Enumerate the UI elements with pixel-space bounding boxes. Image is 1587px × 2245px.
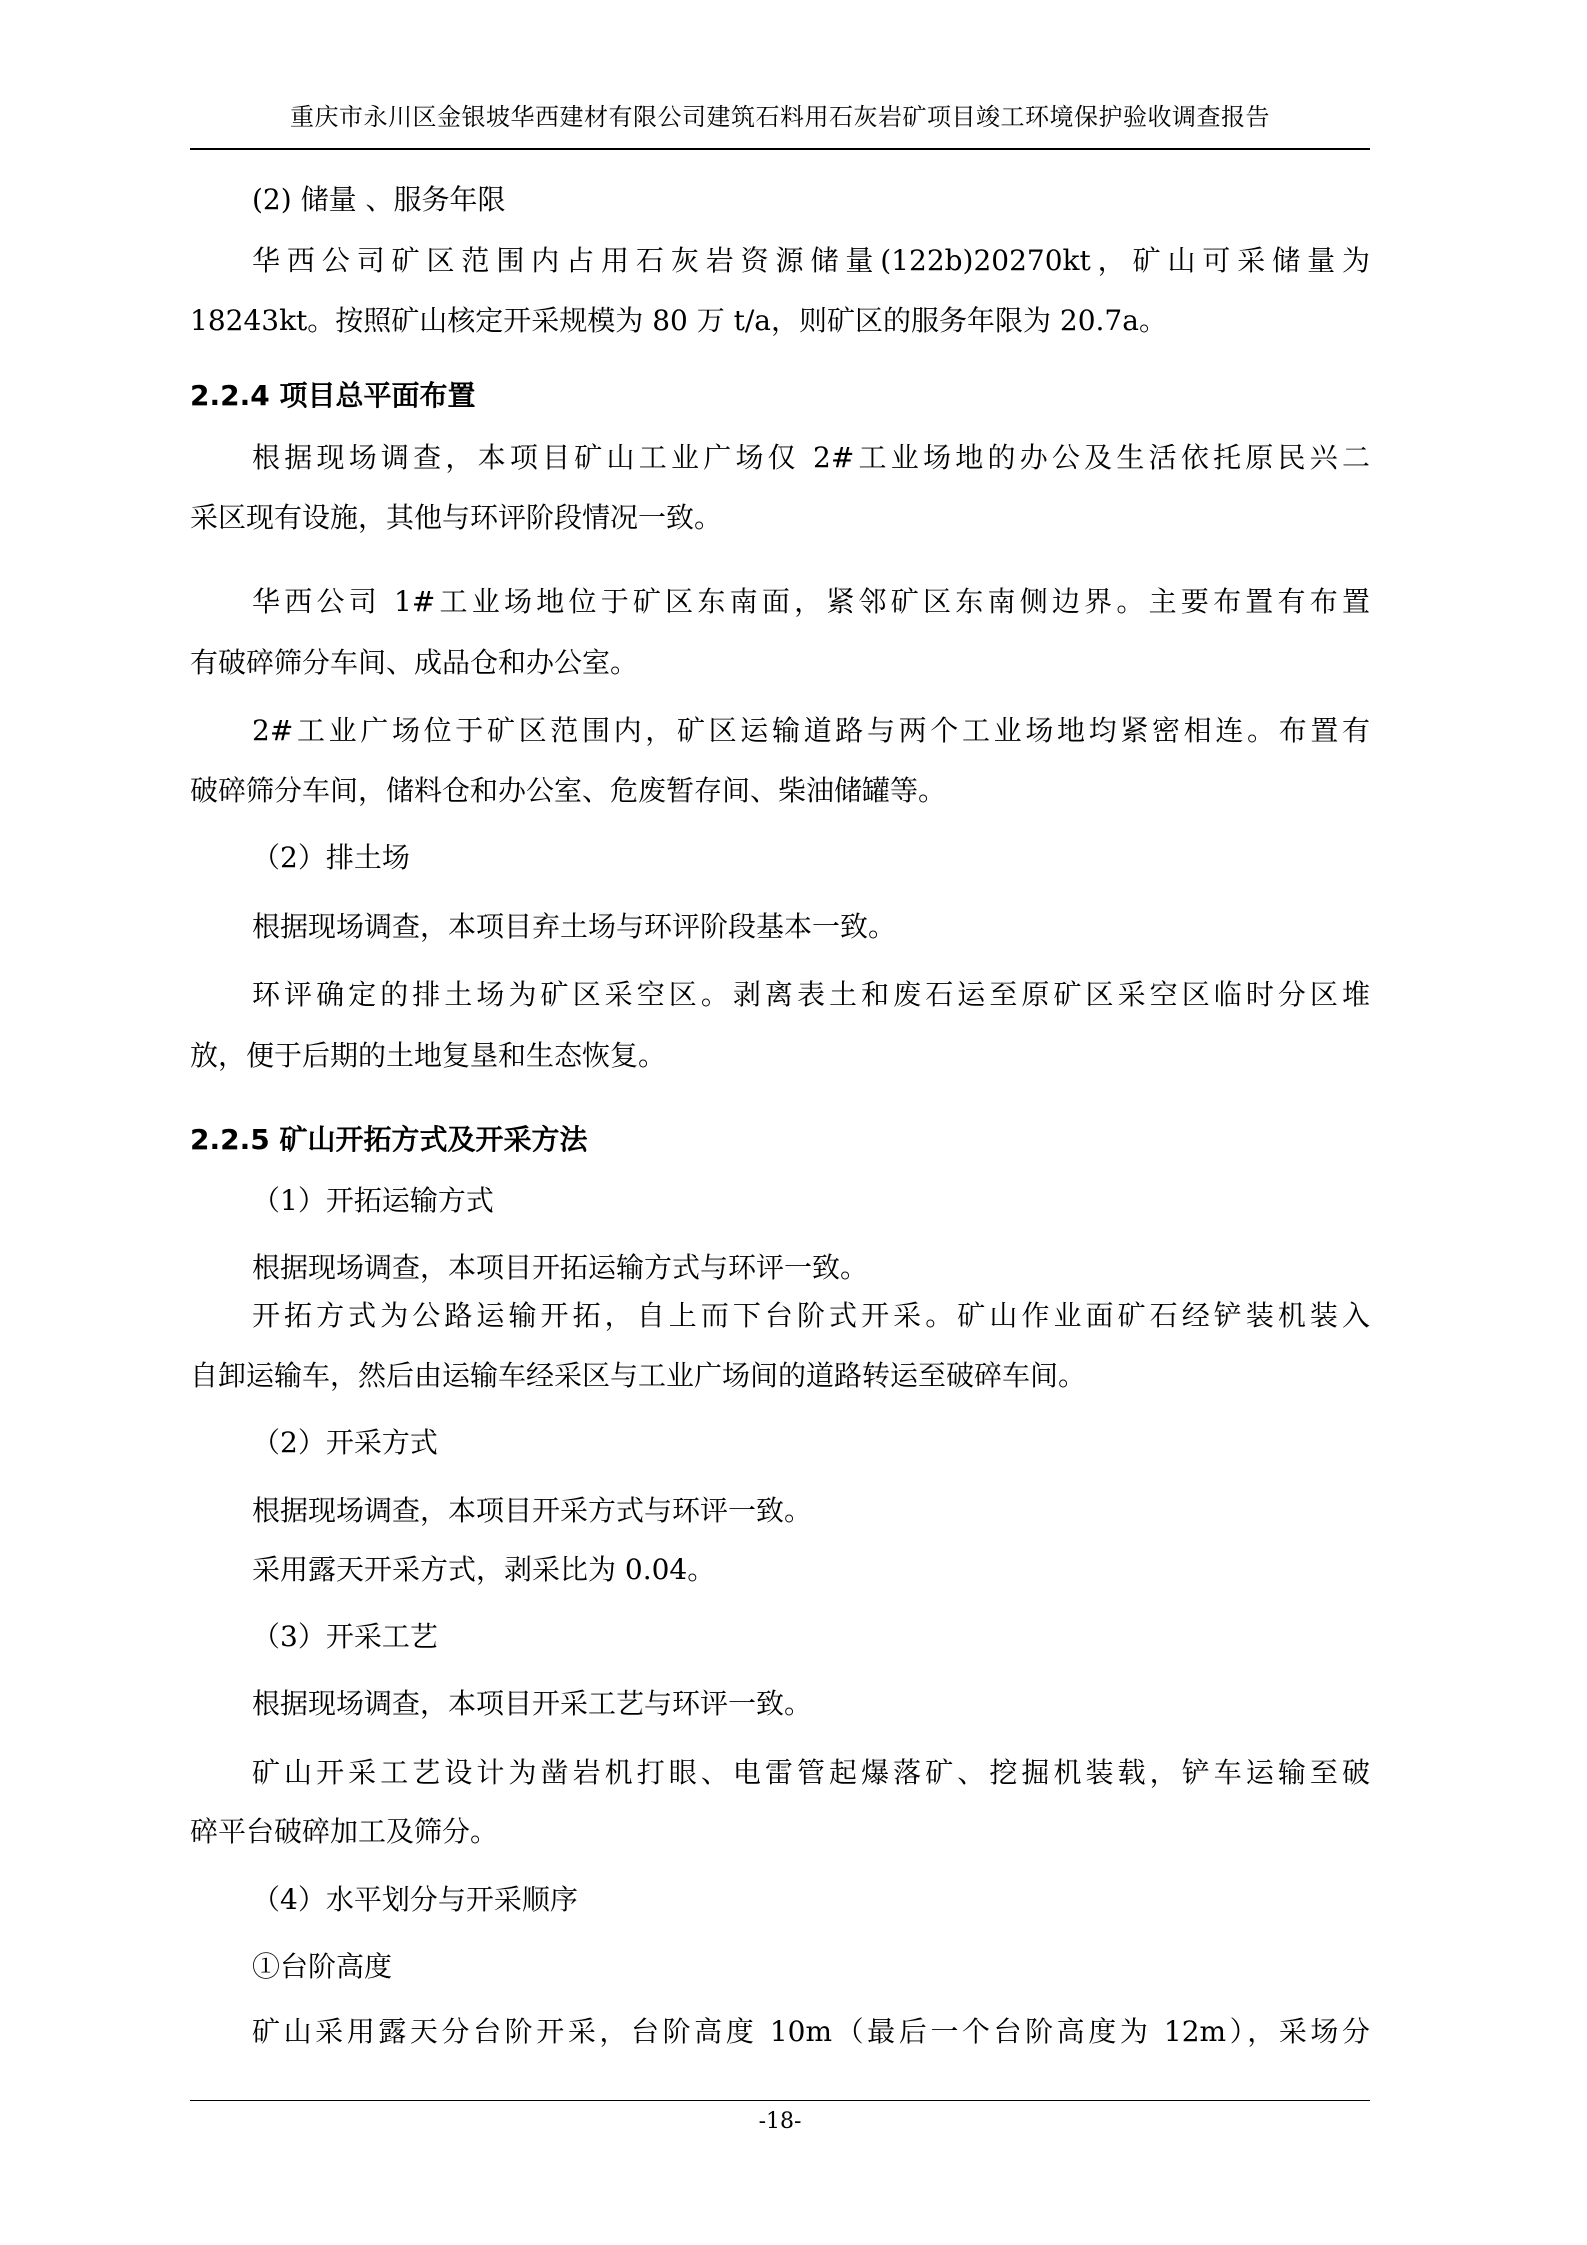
subsection-title-level-division: （4）水平划分与开采顺序	[252, 1880, 578, 1920]
paragraph-line: 华西公司 1#工业场地位于矿区东南面，紧邻矿区东南侧边界。主要布置有布置	[252, 582, 1370, 622]
paragraph-line: 碎平台破碎加工及筛分。	[190, 1812, 498, 1852]
subsection-title-reserves: (2) 储量 、服务年限	[252, 180, 505, 220]
section-heading-2-2-5: 2.2.5 矿山开拓方式及开采方法	[190, 1120, 587, 1160]
paragraph-line: 根据现场调查，本项目弃土场与环评阶段基本一致。	[252, 907, 896, 947]
paragraph-line: 2#工业广场位于矿区范围内，矿区运输道路与两个工业场地均紧密相连。布置有	[252, 711, 1370, 751]
section-heading-2-2-4: 2.2.4 项目总平面布置	[190, 376, 475, 416]
paragraph-line: 矿山采用露天分台阶开采，台阶高度 10m（最后一个台阶高度为 12m），采场分	[252, 2012, 1370, 2052]
header-title: 重庆市永川区金银坡华西建材有限公司建筑石料用石灰岩矿项目竣工环境保护验收调查报告	[290, 103, 1270, 131]
paragraph-line: 放，便于后期的土地复垦和生态恢复。	[190, 1036, 666, 1076]
page-number: -18-	[759, 2109, 802, 2134]
subsection-title-mining-method: （2）开采方式	[252, 1423, 438, 1463]
paragraph-line: 自卸运输车，然后由运输车经采区与工业广场间的道路转运至破碎车间。	[190, 1356, 1086, 1396]
paragraph-line: 采用露天开采方式，剥采比为 0.04。	[252, 1550, 715, 1590]
subsection-title-bench-height: ①台阶高度	[252, 1947, 392, 1987]
page-header: 重庆市永川区金银坡华西建材有限公司建筑石料用石灰岩矿项目竣工环境保护验收调查报告	[190, 100, 1370, 150]
paragraph-line: 矿山开采工艺设计为凿岩机打眼、电雷管起爆落矿、挖掘机装载，铲车运输至破	[252, 1753, 1370, 1793]
paragraph-line: 华西公司矿区范围内占用石灰岩资源储量(122b)20270kt，矿山可采储量为	[252, 241, 1370, 281]
subsection-title-development: （1）开拓运输方式	[252, 1181, 494, 1221]
paragraph-line: 根据现场调查，本项目矿山工业广场仅 2#工业场地的办公及生活依托原民兴二	[252, 438, 1370, 478]
subsection-title-dump: （2）排土场	[252, 838, 410, 878]
subsection-title-process: （3）开采工艺	[252, 1617, 438, 1657]
paragraph-line: 根据现场调查，本项目开采方式与环评一致。	[252, 1491, 812, 1531]
paragraph-line: 开拓方式为公路运输开拓，自上而下台阶式开采。矿山作业面矿石经铲装机装入	[252, 1296, 1370, 1336]
paragraph-line: 环评确定的排土场为矿区采空区。剥离表土和废石运至原矿区采空区临时分区堆	[252, 975, 1370, 1015]
paragraph-line: 有破碎筛分车间、成品仓和办公室。	[190, 643, 638, 683]
paragraph-line: 18243kt。按照矿山核定开采规模为 80 万 t/a，则矿区的服务年限为 2…	[190, 301, 1167, 341]
paragraph-line: 破碎筛分车间，储料仓和办公室、危废暂存间、柴油储罐等。	[190, 771, 946, 811]
page-footer: -18-	[190, 2100, 1370, 2134]
paragraph-line: 根据现场调查，本项目开拓运输方式与环评一致。	[252, 1248, 868, 1288]
paragraph-line: 根据现场调查，本项目开采工艺与环评一致。	[252, 1684, 812, 1724]
paragraph-line: 采区现有设施，其他与环评阶段情况一致。	[190, 498, 722, 538]
